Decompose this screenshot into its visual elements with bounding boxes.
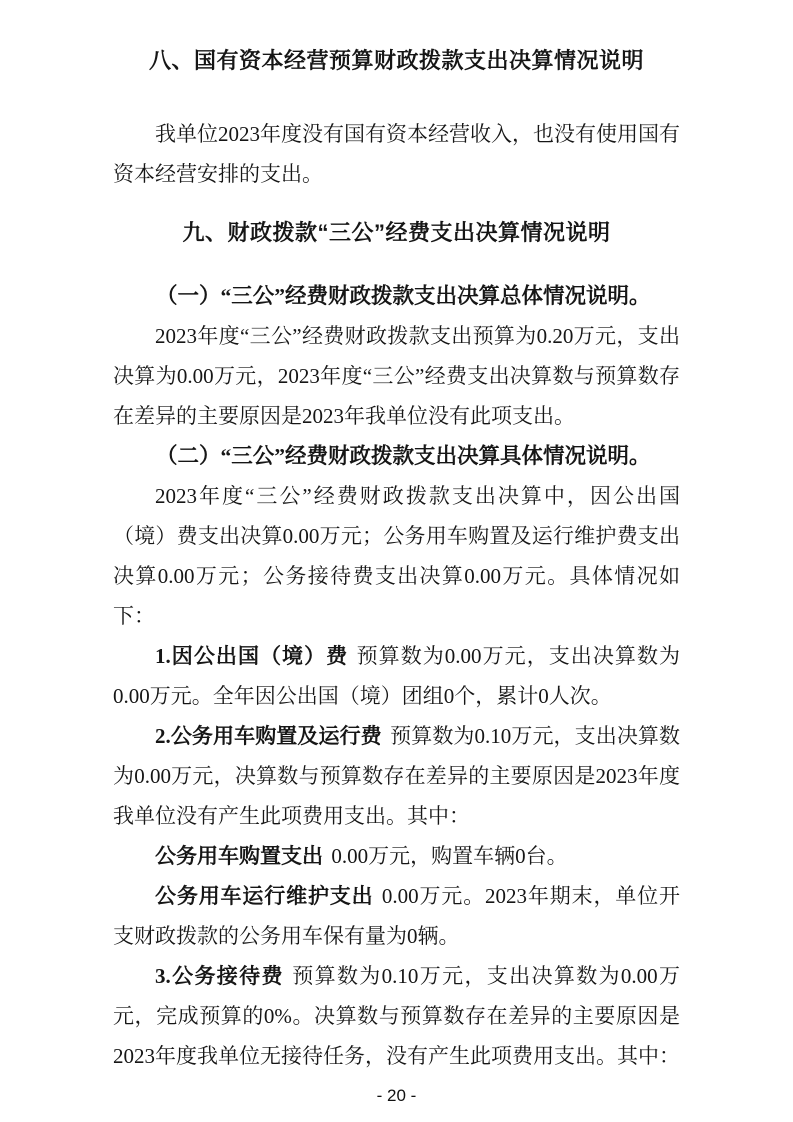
item-official-travel-abroad-lead: 1.因公出国（境）费 — [155, 644, 348, 668]
section-9-heading: 九、财政拨款“三公”经费支出决算情况说明 — [113, 216, 680, 250]
subsection-1-paragraph: 2023年度“三公”经费财政拨款支出预算为0.20万元，支出决算为0.00万元，… — [113, 316, 680, 436]
item-official-reception-lead: 3.公务接待费 — [155, 964, 284, 988]
item-official-vehicle: 2.公务用车购置及运行费预算数为0.10万元，支出决算数为0.00万元，决算数与… — [113, 716, 680, 836]
item-official-vehicle-lead: 2.公务用车购置及运行费 — [155, 724, 382, 748]
item-vehicle-purchase-lead: 公务用车购置支出 — [155, 844, 323, 868]
item-vehicle-purchase: 公务用车购置支出0.00万元，购置车辆0台。 — [113, 836, 680, 876]
section-8-heading: 八、国有资本经营预算财政拨款支出决算情况说明 — [113, 44, 680, 78]
item-official-travel-abroad: 1.因公出国（境）费预算数为0.00万元，支出决算数为0.00万元。全年因公出国… — [113, 636, 680, 716]
item-vehicle-maintenance-lead: 公务用车运行维护支出 — [155, 884, 374, 908]
item-vehicle-purchase-text: 0.00万元，购置车辆0台。 — [331, 844, 567, 868]
subsection-2-title: （二）“三公”经费财政拨款支出决算具体情况说明。 — [113, 436, 680, 476]
item-official-reception: 3.公务接待费预算数为0.10万元，支出决算数为0.00万元，完成预算的0%。决… — [113, 956, 680, 1076]
subsection-2-paragraph: 2023年度“三公”经费财政拨款支出决算中，因公出国（境）费支出决算0.00万元… — [113, 476, 680, 636]
item-vehicle-maintenance: 公务用车运行维护支出0.00万元。2023年期末，单位开支财政拨款的公务用车保有… — [113, 876, 680, 956]
document-page: 八、国有资本经营预算财政拨款支出决算情况说明 我单位2023年度没有国有资本经营… — [0, 0, 793, 1122]
page-number: - 20 - — [0, 1086, 793, 1106]
section-8-paragraph: 我单位2023年度没有国有资本经营收入，也没有使用国有资本经营安排的支出。 — [113, 114, 680, 194]
subsection-1-title: （一）“三公”经费财政拨款支出决算总体情况说明。 — [113, 276, 680, 316]
